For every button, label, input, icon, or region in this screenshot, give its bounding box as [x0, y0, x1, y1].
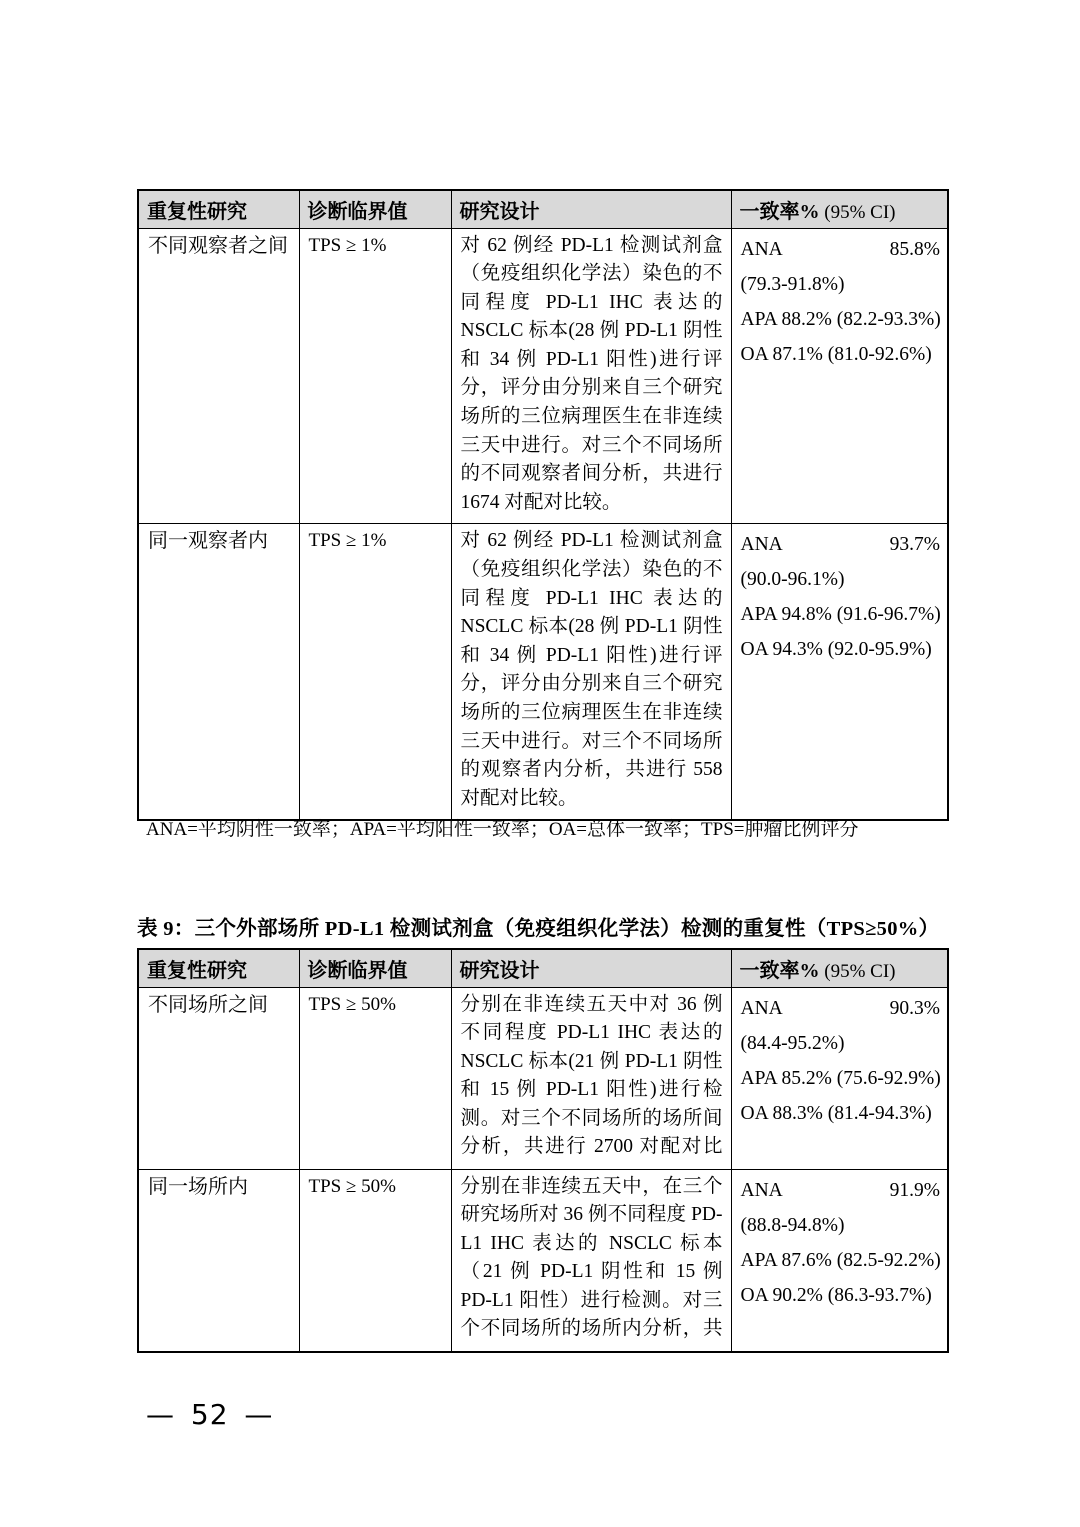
ana-line: ANA91.9% — [741, 1173, 941, 1208]
table-row: 同一观察者内 TPS ≥ 1% 对 62 例经 PD-L1 检测试剂盒（免疫组织… — [138, 524, 948, 820]
study-cell: 不同观察者之间 — [138, 228, 299, 524]
header-study: 重复性研究 — [138, 949, 299, 987]
agreement-cell: ANA93.7% (90.0-96.1%) APA 94.8% (91.6-96… — [731, 524, 948, 820]
header-agreement-ci: (95% CI) — [820, 961, 896, 982]
cutoff-cell: TPS ≥ 1% — [299, 524, 451, 820]
table-row: 不同观察者之间 TPS ≥ 1% 对 62 例经 PD-L1 检测试剂盒（免疫组… — [138, 228, 948, 524]
ana-ci: (84.4-95.2%) — [741, 1026, 941, 1061]
table9-caption: 表 9：三个外部场所 PD-L1 检测试剂盒（免疫组织化学法）检测的重复性（TP… — [137, 911, 1017, 941]
study-cell: 同一观察者内 — [138, 524, 299, 820]
ana-value: 90.3% — [890, 991, 940, 1026]
table-header-row: 重复性研究 诊断临界值 研究设计 一致率% (95% CI) — [138, 949, 948, 987]
ana-value: 91.9% — [890, 1173, 940, 1208]
oa-line: OA 94.3% (92.0-95.9%) — [741, 632, 941, 667]
header-agreement-bold: 一致率% — [740, 201, 820, 223]
ana-line: ANA93.7% — [741, 527, 941, 562]
cutoff-cell: TPS ≥ 50% — [299, 987, 451, 1169]
ana-label: ANA — [741, 232, 783, 267]
design-text: 对 62 例经 PD-L1 检测试剂盒（免疫组织化学法）染色的不同程度 PD-L… — [461, 527, 723, 813]
study-cell: 不同场所之间 — [138, 987, 299, 1169]
table-row: 同一场所内 TPS ≥ 50% 分别在非连续五天中，在三个研究场所对 36 例不… — [138, 1169, 948, 1352]
header-study: 重复性研究 — [138, 190, 299, 228]
document-page: 重复性研究 诊断临界值 研究设计 一致率% (95% CI) 不同观察者之间 T… — [0, 0, 1080, 1527]
oa-line: OA 90.2% (86.3-93.7%) — [741, 1278, 941, 1313]
header-agreement: 一致率% (95% CI) — [731, 190, 948, 228]
ana-value: 85.8% — [890, 232, 940, 267]
ana-label: ANA — [741, 991, 783, 1026]
reproducibility-table-tps1: 重复性研究 诊断临界值 研究设计 一致率% (95% CI) 不同观察者之间 T… — [137, 189, 949, 821]
agreement-cell: ANA91.9% (88.8-94.8%) APA 87.6% (82.5-92… — [731, 1169, 948, 1352]
design-cell: 对 62 例经 PD-L1 检测试剂盒（免疫组织化学法）染色的不同程度 PD-L… — [451, 524, 731, 820]
agreement-cell: ANA85.8% (79.3-91.8%) APA 88.2% (82.2-93… — [731, 228, 948, 524]
ana-label: ANA — [741, 527, 783, 562]
oa-line: OA 88.3% (81.4-94.3%) — [741, 1096, 941, 1131]
study-cell: 同一场所内 — [138, 1169, 299, 1352]
header-agreement-bold: 一致率% — [740, 960, 820, 982]
apa-line: APA 88.2% (82.2-93.3%) — [741, 302, 941, 337]
table-row: 不同场所之间 TPS ≥ 50% 分别在非连续五天中对 36 例不同程度 PD-… — [138, 987, 948, 1169]
design-cell: 分别在非连续五天中，在三个研究场所对 36 例不同程度 PD-L1 IHC 表达… — [451, 1169, 731, 1352]
header-design: 研究设计 — [451, 949, 731, 987]
design-text: 对 62 例经 PD-L1 检测试剂盒（免疫组织化学法）染色的不同程度 PD-L… — [461, 232, 723, 518]
ana-ci: (79.3-91.8%) — [741, 267, 941, 302]
ana-label: ANA — [741, 1173, 783, 1208]
design-text: 分别在非连续五天中对 36 例不同程度 PD-L1 IHC 表达的 NSCLC … — [461, 991, 723, 1163]
apa-line: APA 85.2% (75.6-92.9%) — [741, 1061, 941, 1096]
header-design: 研究设计 — [451, 190, 731, 228]
reproducibility-table-tps50: 重复性研究 诊断临界值 研究设计 一致率% (95% CI) 不同场所之间 TP… — [137, 948, 949, 1353]
cutoff-cell: TPS ≥ 50% — [299, 1169, 451, 1352]
cutoff-cell: TPS ≥ 1% — [299, 228, 451, 524]
header-agreement-ci: (95% CI) — [820, 202, 896, 223]
apa-line: APA 94.8% (91.6-96.7%) — [741, 597, 941, 632]
page-number: — 52 — — [146, 1398, 273, 1431]
ana-line: ANA90.3% — [741, 991, 941, 1026]
apa-line: APA 87.6% (82.5-92.2%) — [741, 1243, 941, 1278]
ana-value: 93.7% — [890, 527, 940, 562]
header-cutoff: 诊断临界值 — [299, 949, 451, 987]
ana-ci: (90.0-96.1%) — [741, 562, 941, 597]
design-cell: 分别在非连续五天中对 36 例不同程度 PD-L1 IHC 表达的 NSCLC … — [451, 987, 731, 1169]
agreement-cell: ANA90.3% (84.4-95.2%) APA 85.2% (75.6-92… — [731, 987, 948, 1169]
table-header-row: 重复性研究 诊断临界值 研究设计 一致率% (95% CI) — [138, 190, 948, 228]
oa-line: OA 87.1% (81.0-92.6%) — [741, 337, 941, 372]
abbreviation-footnote: ANA=平均阴性一致率；APA=平均阳性一致率；OA=总体一致率；TPS=肿瘤比… — [146, 815, 946, 845]
design-text: 分别在非连续五天中，在三个研究场所对 36 例不同程度 PD-L1 IHC 表达… — [461, 1173, 723, 1345]
ana-line: ANA85.8% — [741, 232, 941, 267]
header-cutoff: 诊断临界值 — [299, 190, 451, 228]
header-agreement: 一致率% (95% CI) — [731, 949, 948, 987]
ana-ci: (88.8-94.8%) — [741, 1208, 941, 1243]
design-cell: 对 62 例经 PD-L1 检测试剂盒（免疫组织化学法）染色的不同程度 PD-L… — [451, 228, 731, 524]
